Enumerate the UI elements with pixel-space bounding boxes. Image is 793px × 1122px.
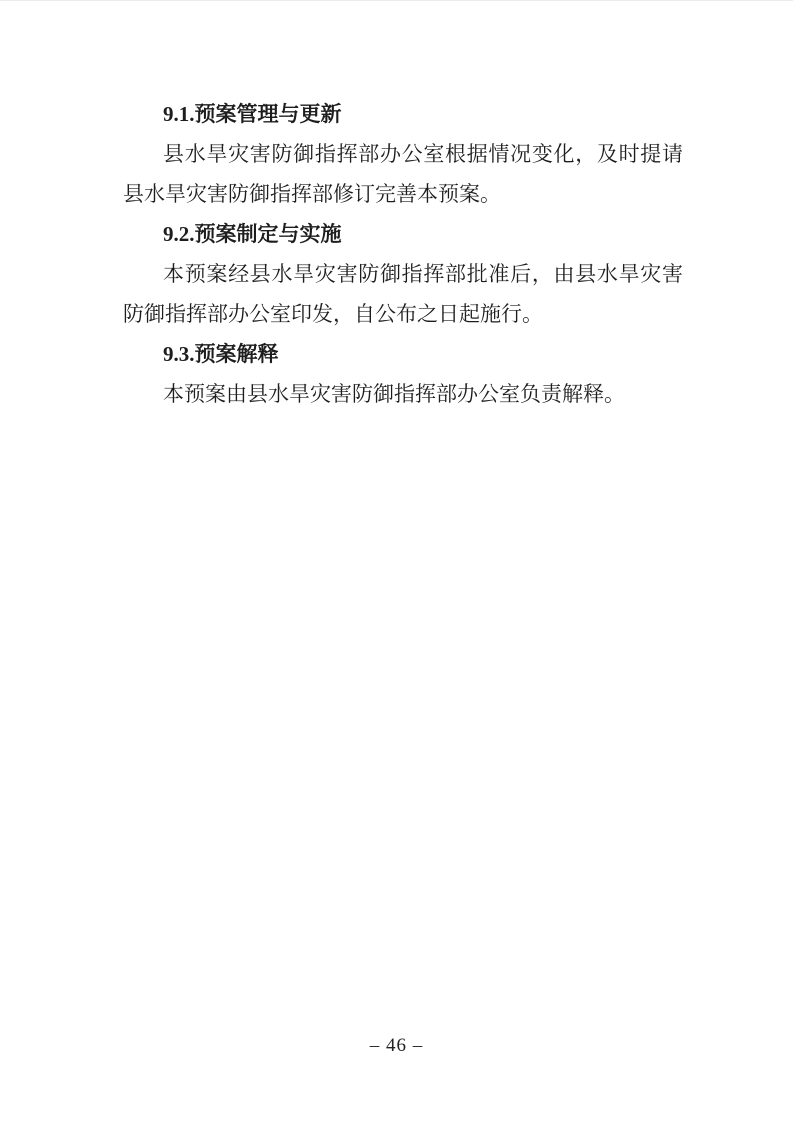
page-footer: – 46 – <box>0 1034 793 1058</box>
section-9-2-heading: 9.2.预案制定与实施 <box>123 214 683 254</box>
section-9-3-paragraph: 本预案由县水旱灾害防御指挥部办公室负责解释。 <box>123 374 683 414</box>
document-page: 9.1.预案管理与更新 县水旱灾害防御指挥部办公室根据情况变化，及时提请县水旱灾… <box>0 0 793 1122</box>
section-9-3: 9.3.预案解释 本预案由县水旱灾害防御指挥部办公室负责解释。 <box>123 334 683 414</box>
section-9-2-paragraph: 本预案经县水旱灾害防御指挥部批准后，由县水旱灾害防御指挥部办公室印发，自公布之日… <box>123 254 683 334</box>
document-body: 9.1.预案管理与更新 县水旱灾害防御指挥部办公室根据情况变化，及时提请县水旱灾… <box>123 94 683 414</box>
section-9-1-paragraph: 县水旱灾害防御指挥部办公室根据情况变化，及时提请县水旱灾害防御指挥部修订完善本预… <box>123 134 683 214</box>
section-9-2: 9.2.预案制定与实施 本预案经县水旱灾害防御指挥部批准后，由县水旱灾害防御指挥… <box>123 214 683 334</box>
section-9-1: 9.1.预案管理与更新 县水旱灾害防御指挥部办公室根据情况变化，及时提请县水旱灾… <box>123 94 683 214</box>
page-number: – 46 – <box>370 1035 424 1056</box>
section-9-3-heading: 9.3.预案解释 <box>123 334 683 374</box>
section-9-1-heading: 9.1.预案管理与更新 <box>123 94 683 134</box>
